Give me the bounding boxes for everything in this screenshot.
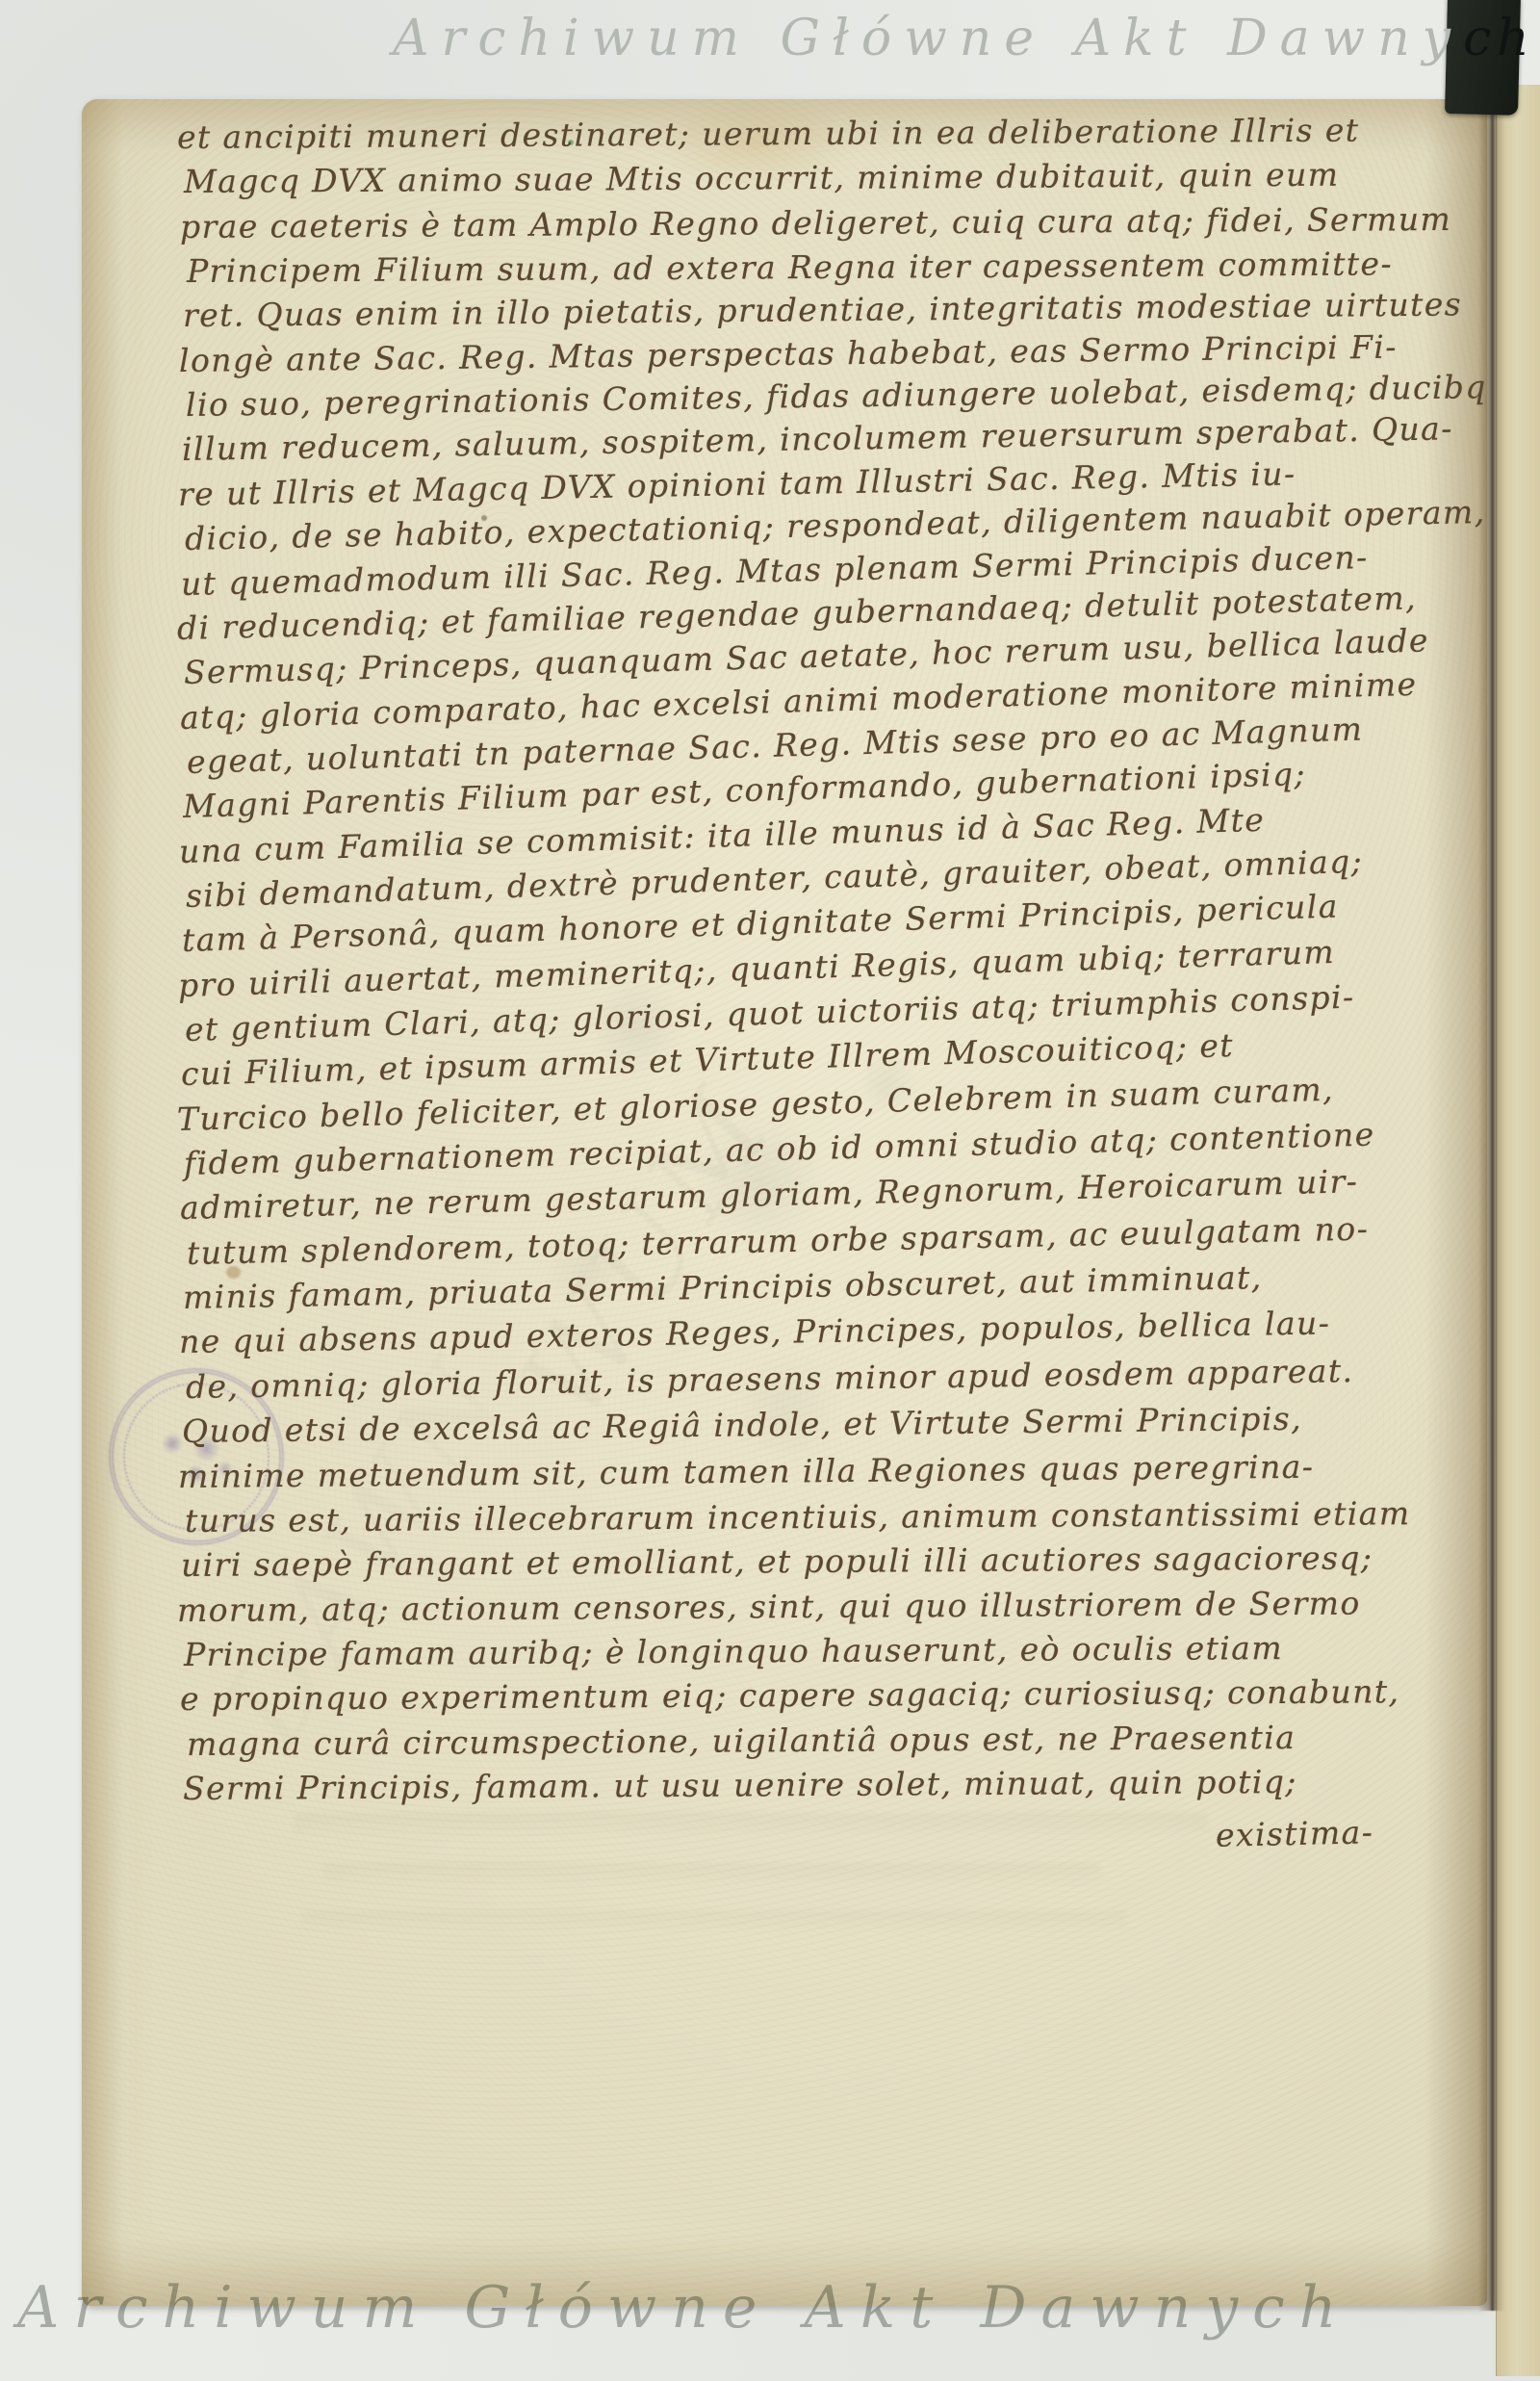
- book-gutter-shadow: [1478, 91, 1505, 2311]
- manuscript-line: turus est, uariis illecebrarum incentiui…: [185, 1494, 1411, 1540]
- manuscript-line: Principem Filium suum, ad extera Regna i…: [187, 245, 1393, 290]
- manuscript-line: magna curâ circumspectione, uigilantiâ o…: [187, 1719, 1296, 1763]
- manuscript-line: et ancipiti muneri destinaret; uerum ubi…: [177, 111, 1360, 156]
- catchword: existima-: [1215, 1813, 1373, 1853]
- manuscript-scan: WUM DAWN et ancipiti muneri destinaret; …: [0, 0, 1540, 2381]
- manuscript-line: Principe famam auribq; è longinquo hause…: [184, 1629, 1283, 1673]
- binding-strip: [1445, 0, 1521, 116]
- handwritten-text-block: et ancipiti muneri destinaret; uerum ubi…: [82, 99, 1487, 2306]
- manuscript-page: WUM DAWN et ancipiti muneri destinaret; …: [82, 99, 1487, 2306]
- manuscript-line: morum, atq; actionum censores, sint, qui…: [177, 1584, 1361, 1629]
- archive-watermark-top-text: Archiwum Główne Akt Dawny: [393, 10, 1463, 67]
- manuscript-line: de, omniq; gloria floruit, is praesens m…: [186, 1352, 1354, 1406]
- manuscript-line: Sermi Principis, famam. ut usu uenire so…: [183, 1763, 1297, 1807]
- archive-watermark-top: Archiwum Główne Akt Dawnych: [393, 10, 1535, 67]
- manuscript-line: Magcq DVX animo suae Mtis occurrit, mini…: [184, 156, 1340, 200]
- manuscript-line: ret. Quas enim in illo pietatis, prudent…: [183, 286, 1462, 335]
- manuscript-line: uiri saepè frangant et emolliant, et pop…: [181, 1540, 1373, 1585]
- manuscript-line: Quod etsi de excelsâ ac Regiâ indole, et…: [182, 1400, 1302, 1450]
- manuscript-line: prae caeteris è tam Amplo Regno deligere…: [180, 200, 1451, 246]
- manuscript-line: e propinquo experimentum eiq; capere sag…: [180, 1673, 1400, 1719]
- manuscript-line: minime metuendum sit, cum tamen illa Reg…: [178, 1447, 1315, 1494]
